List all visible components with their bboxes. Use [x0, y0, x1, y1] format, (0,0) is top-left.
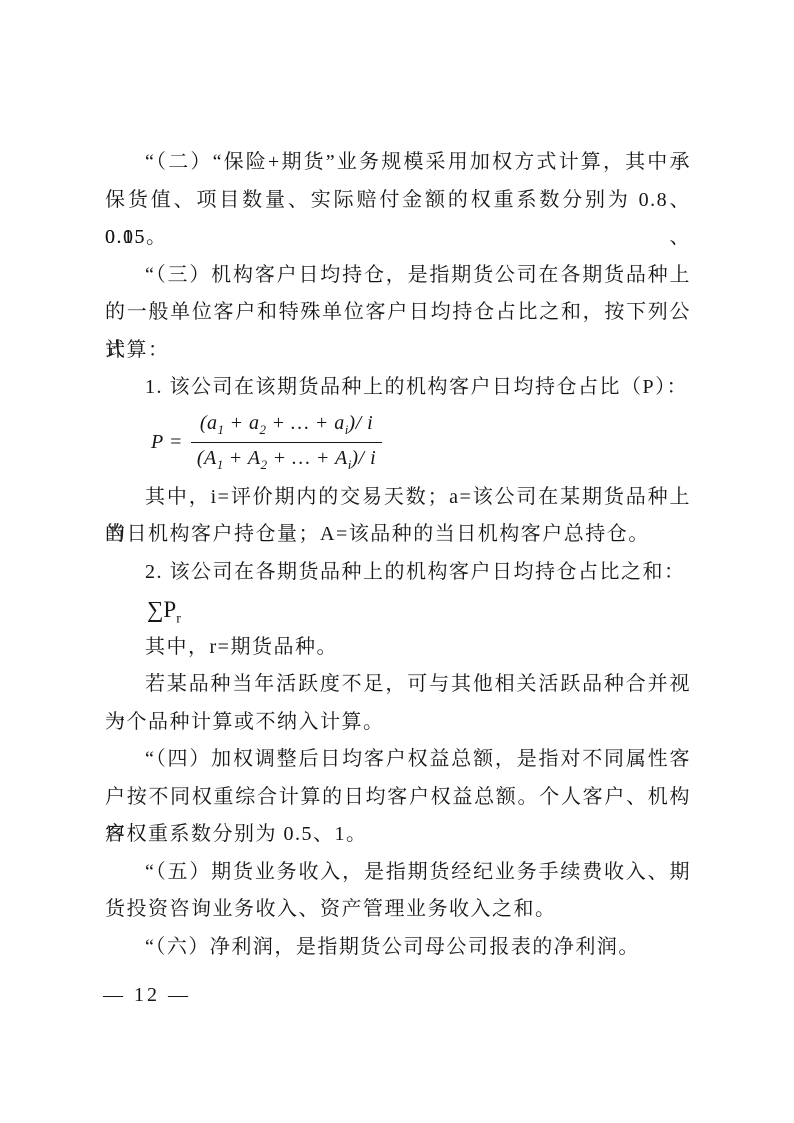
sum-expression: ∑Pr [105, 591, 691, 629]
formula-lhs: P = [151, 431, 183, 454]
text-line: 一个品种计算或不纳入计算。 [105, 704, 691, 742]
text-line: 保货值、项目数量、实际赔付金额的权重系数分别为 0.8、0.15、 [105, 182, 691, 220]
text-line: 货投资咨询业务收入、资产管理业务收入之和。 [105, 891, 691, 929]
text-line: 2. 该公司在各期货品种上的机构客户日均持仓占比之和： [105, 554, 691, 592]
text-line: 当日机构客户持仓量；A=该品种的当日机构客户总持仓。 [105, 516, 691, 554]
text-line: 计算： [105, 332, 691, 370]
document-page: “（二）“保险+期货”业务规模采用加权方式计算，其中承 保货值、项目数量、实际赔… [0, 0, 794, 1123]
text-line: 户权重系数分别为 0.5、1。 [105, 816, 691, 854]
formula-numerator: (a1 + a2 + … + ai)/ i [191, 412, 382, 443]
text-line: “（四）加权调整后日均客户权益总额，是指对不同属性客 [105, 741, 691, 779]
fraction-formula: P = (a1 + a2 + … + ai)/ i (A1 + A2 + … +… [105, 407, 691, 479]
text-line: “（六）净利润，是指期货公司母公司报表的净利润。 [105, 929, 691, 967]
text-line: 其中，i=评价期内的交易天数；a=该公司在某期货品种上的 [105, 479, 691, 517]
formula-denominator: (A1 + A2 + … + Ai)/ i [191, 443, 382, 473]
text-line: “（二）“保险+期货”业务规模采用加权方式计算，其中承 [105, 144, 691, 182]
text-line: “（三）机构客户日均持仓，是指期货公司在各期货品种上 [105, 257, 691, 295]
text-line: 若某品种当年活跃度不足，可与其他相关活跃品种合并视为 [105, 666, 691, 704]
text-line: 户按不同权重综合计算的日均客户权益总额。个人客户、机构客 [105, 779, 691, 817]
page-number: — 12 — [103, 984, 191, 1007]
text-line: 其中，r=期货品种。 [105, 629, 691, 667]
document-body: “（二）“保险+期货”业务规模采用加权方式计算，其中承 保货值、项目数量、实际赔… [105, 144, 691, 966]
text-line: 1. 该公司在该期货品种上的机构客户日均持仓占比（P）： [105, 369, 691, 407]
formula-fraction: (a1 + a2 + … + ai)/ i (A1 + A2 + … + Ai)… [191, 412, 382, 473]
text-line: “（五）期货业务收入，是指期货经纪业务手续费收入、期 [105, 854, 691, 892]
text-line: 的一般单位客户和特殊单位客户日均持仓占比之和，按下列公式 [105, 294, 691, 332]
